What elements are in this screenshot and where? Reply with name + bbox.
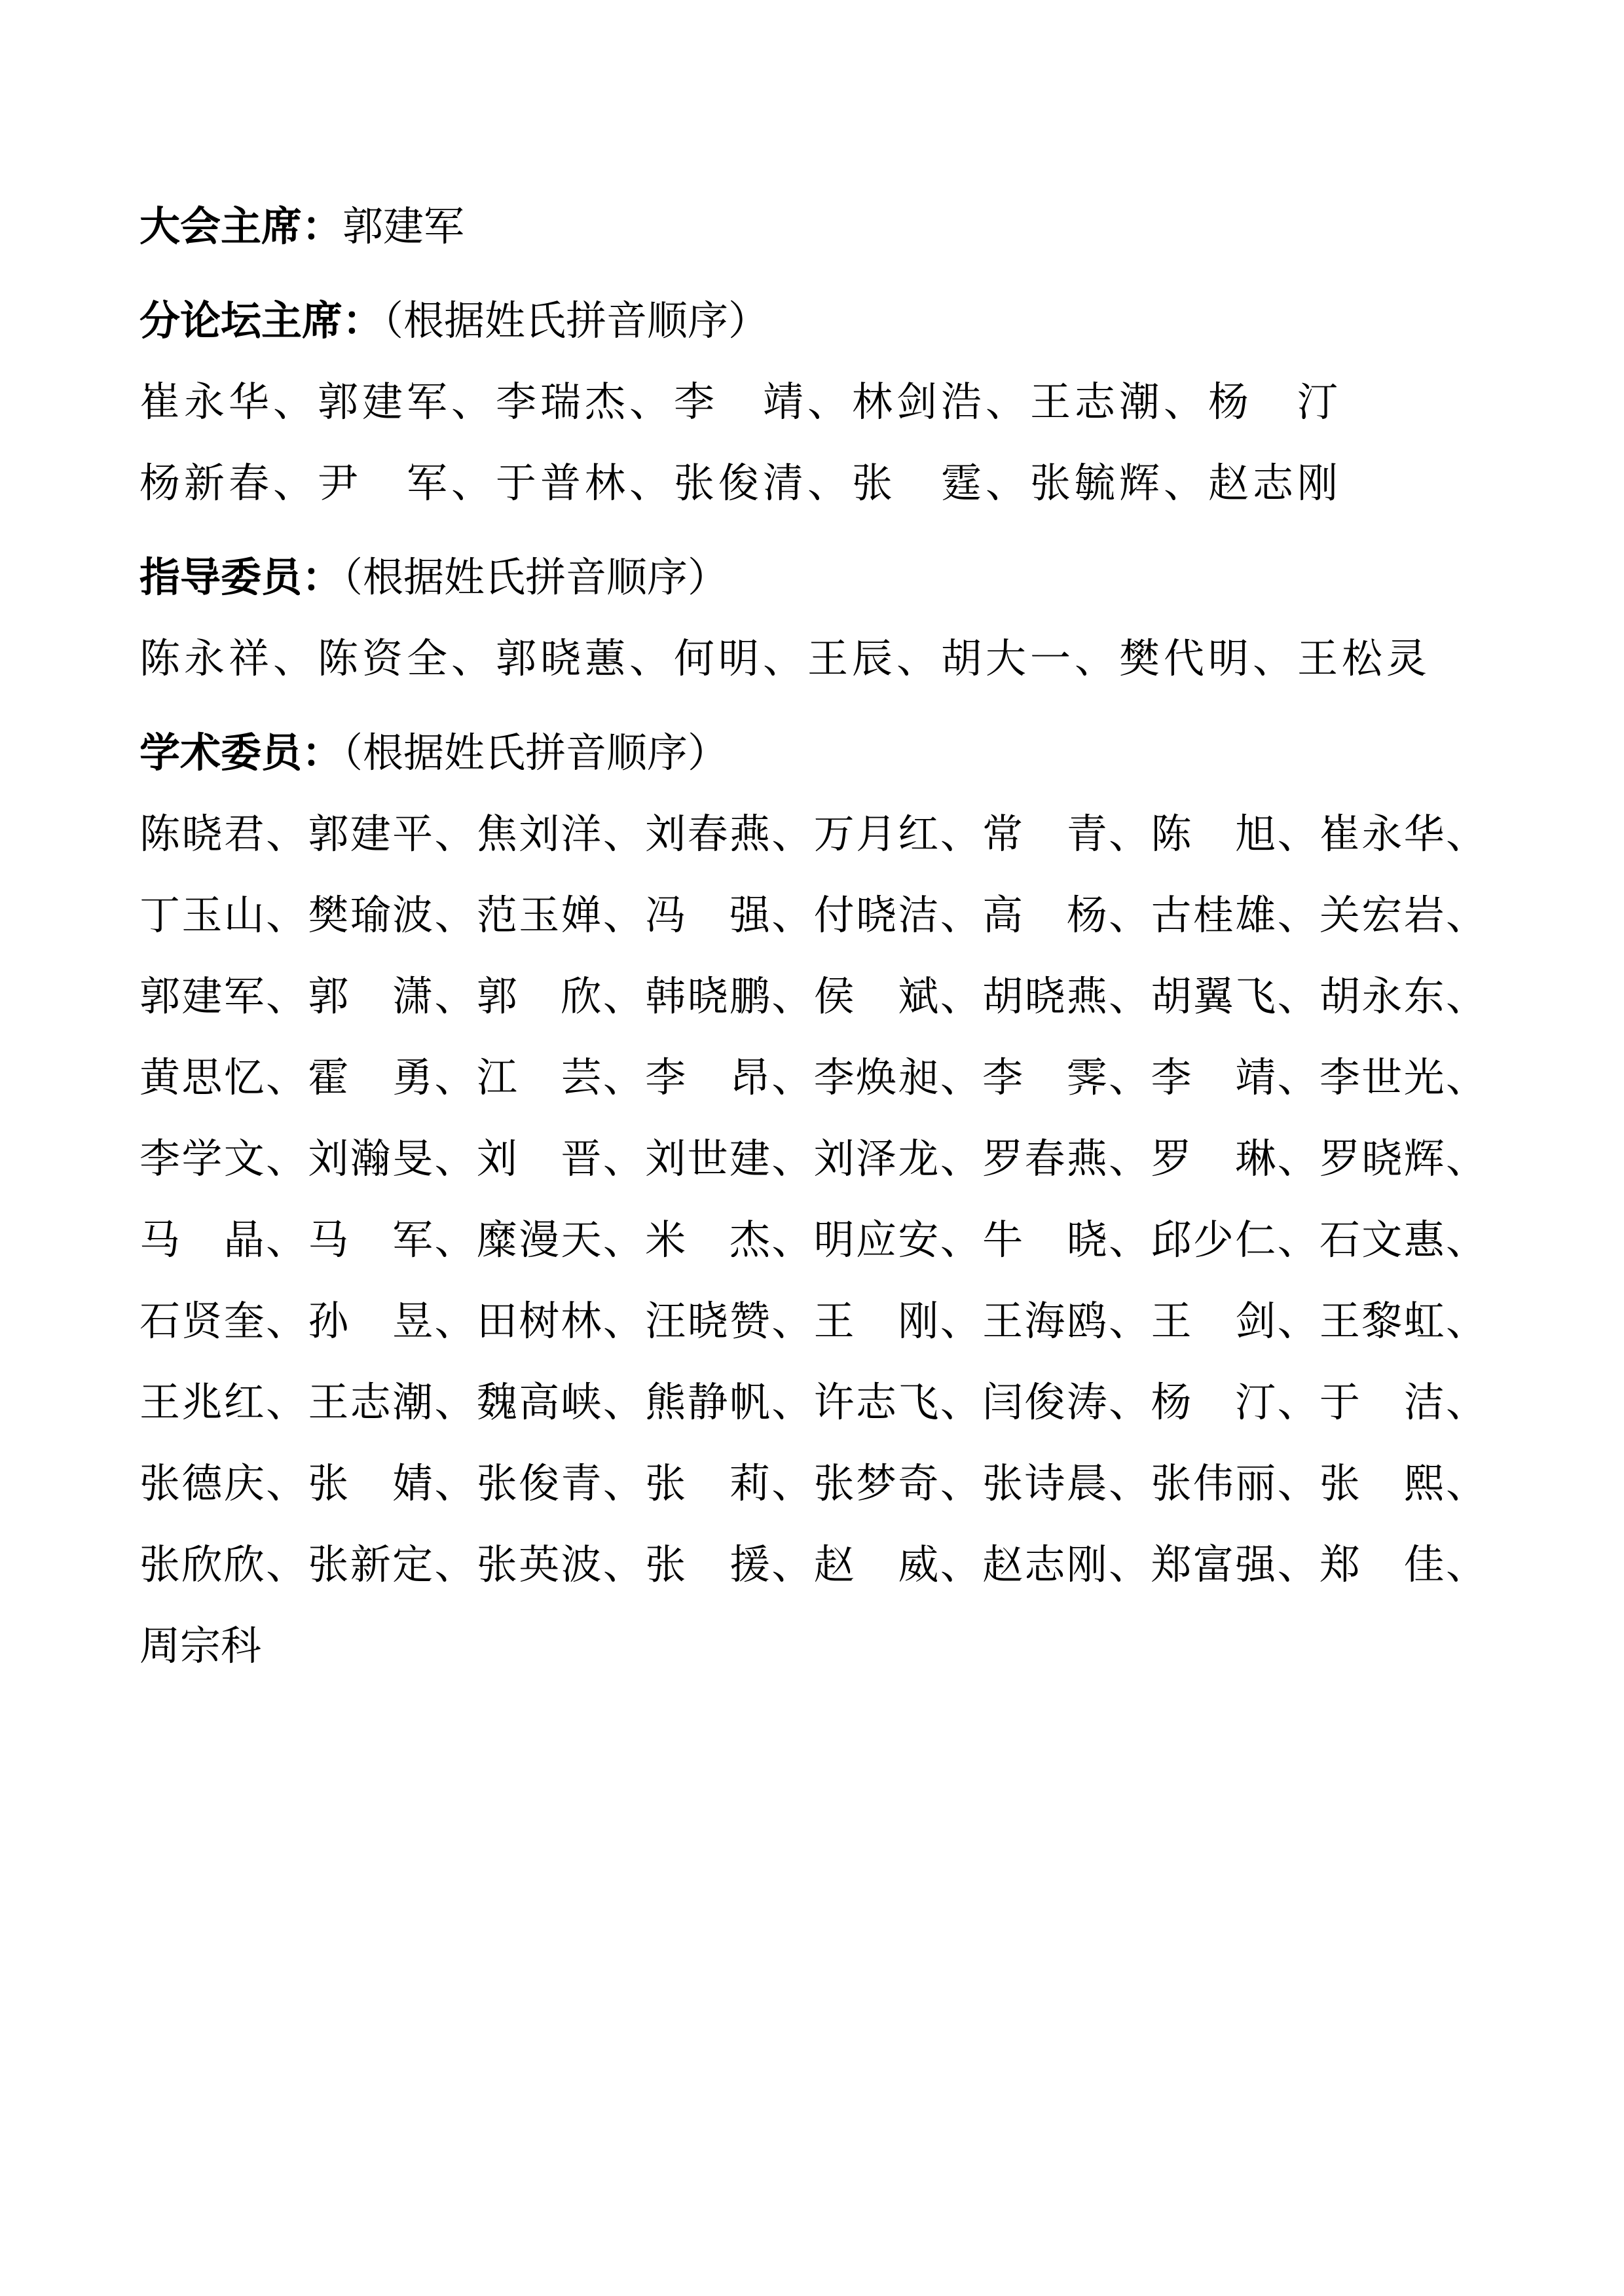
academic-committee-names-row: 陈晓君、郭建平、焦刘洋、刘春燕、万月红、常 青、陈 旭、崔永华、 [139, 794, 1486, 875]
academic-committee-names-row: 黄思忆、霍 勇、江 芸、李 昂、李焕昶、李 霁、李 靖、李世光、 [139, 1038, 1486, 1119]
guidance-committee-names-row: 陈永祥、陈资全、郭晓蕙、何明、王辰、胡大一、樊代明、王松灵 [139, 619, 1486, 700]
academic-committee-names-row: 王兆红、王志潮、魏高峡、熊静帆、许志飞、闫俊涛、杨 汀、于 洁、 [139, 1362, 1486, 1444]
academic-committee-names-row: 丁玉山、樊瑜波、范玉婵、冯 强、付晓洁、高 杨、古桂雄、关宏岩、 [139, 875, 1486, 957]
guidance-committee-label: 指导委员： [139, 555, 342, 600]
academic-committee-names-row: 郭建军、郭 潇、郭 欣、韩晓鹏、侯 斌、胡晓燕、胡翼飞、胡永东、 [139, 957, 1486, 1038]
academic-committee-names-row: 张欣欣、张新定、张英波、张 援、赵 威、赵志刚、郑富强、郑 佳、 [139, 1525, 1486, 1606]
forum-chairs-names-row: 杨新春、尹 军、于普林、张俊清、张 霆、张毓辉、赵志刚 [139, 443, 1486, 524]
academic-committee-names-row: 石贤奎、孙 昱、田树林、汪晓赞、王 刚、王海鸥、王 剑、王黎虹、 [139, 1281, 1486, 1362]
guidance-committee-note: （根据姓氏拼音顺序） [342, 555, 728, 600]
forum-chairs-names-row: 崔永华、郭建军、李瑞杰、李 靖、林剑浩、王志潮、杨 汀 [139, 362, 1486, 443]
conference-chair-value: 郭建军 [342, 204, 464, 249]
conference-chair-label: 大会主席： [139, 204, 342, 249]
academic-committee-header: 学术委员：（根据姓氏拼音顺序） [139, 713, 1486, 794]
document-content: 大会主席：郭建军 分论坛主席：（根据姓氏拼音顺序） 崔永华、郭建军、李瑞杰、李 … [139, 187, 1486, 1687]
forum-chairs-header: 分论坛主席：（根据姓氏拼音顺序） [139, 281, 1486, 362]
academic-committee-names-row: 周宗科 [139, 1606, 1486, 1687]
forum-chairs-label: 分论坛主席： [139, 299, 383, 344]
academic-committee-names-row: 张德庆、张 婧、张俊青、张 莉、张梦奇、张诗晨、张伟丽、张 熙、 [139, 1444, 1486, 1525]
guidance-committee-header: 指导委员：（根据姓氏拼音顺序） [139, 538, 1486, 619]
academic-committee-note: （根据姓氏拼音顺序） [342, 731, 728, 776]
conference-chair-line: 大会主席：郭建军 [139, 187, 1486, 268]
academic-committee-names-row: 马 晶、马 军、糜漫天、米 杰、明应安、牛 晓、邱少仁、石文惠、 [139, 1200, 1486, 1281]
forum-chairs-note: （根据姓氏拼音顺序） [383, 299, 769, 344]
academic-committee-label: 学术委员： [139, 731, 342, 776]
academic-committee-names-row: 李学文、刘瀚旻、刘 晋、刘世建、刘泽龙、罗春燕、罗 琳、罗晓辉、 [139, 1119, 1486, 1200]
